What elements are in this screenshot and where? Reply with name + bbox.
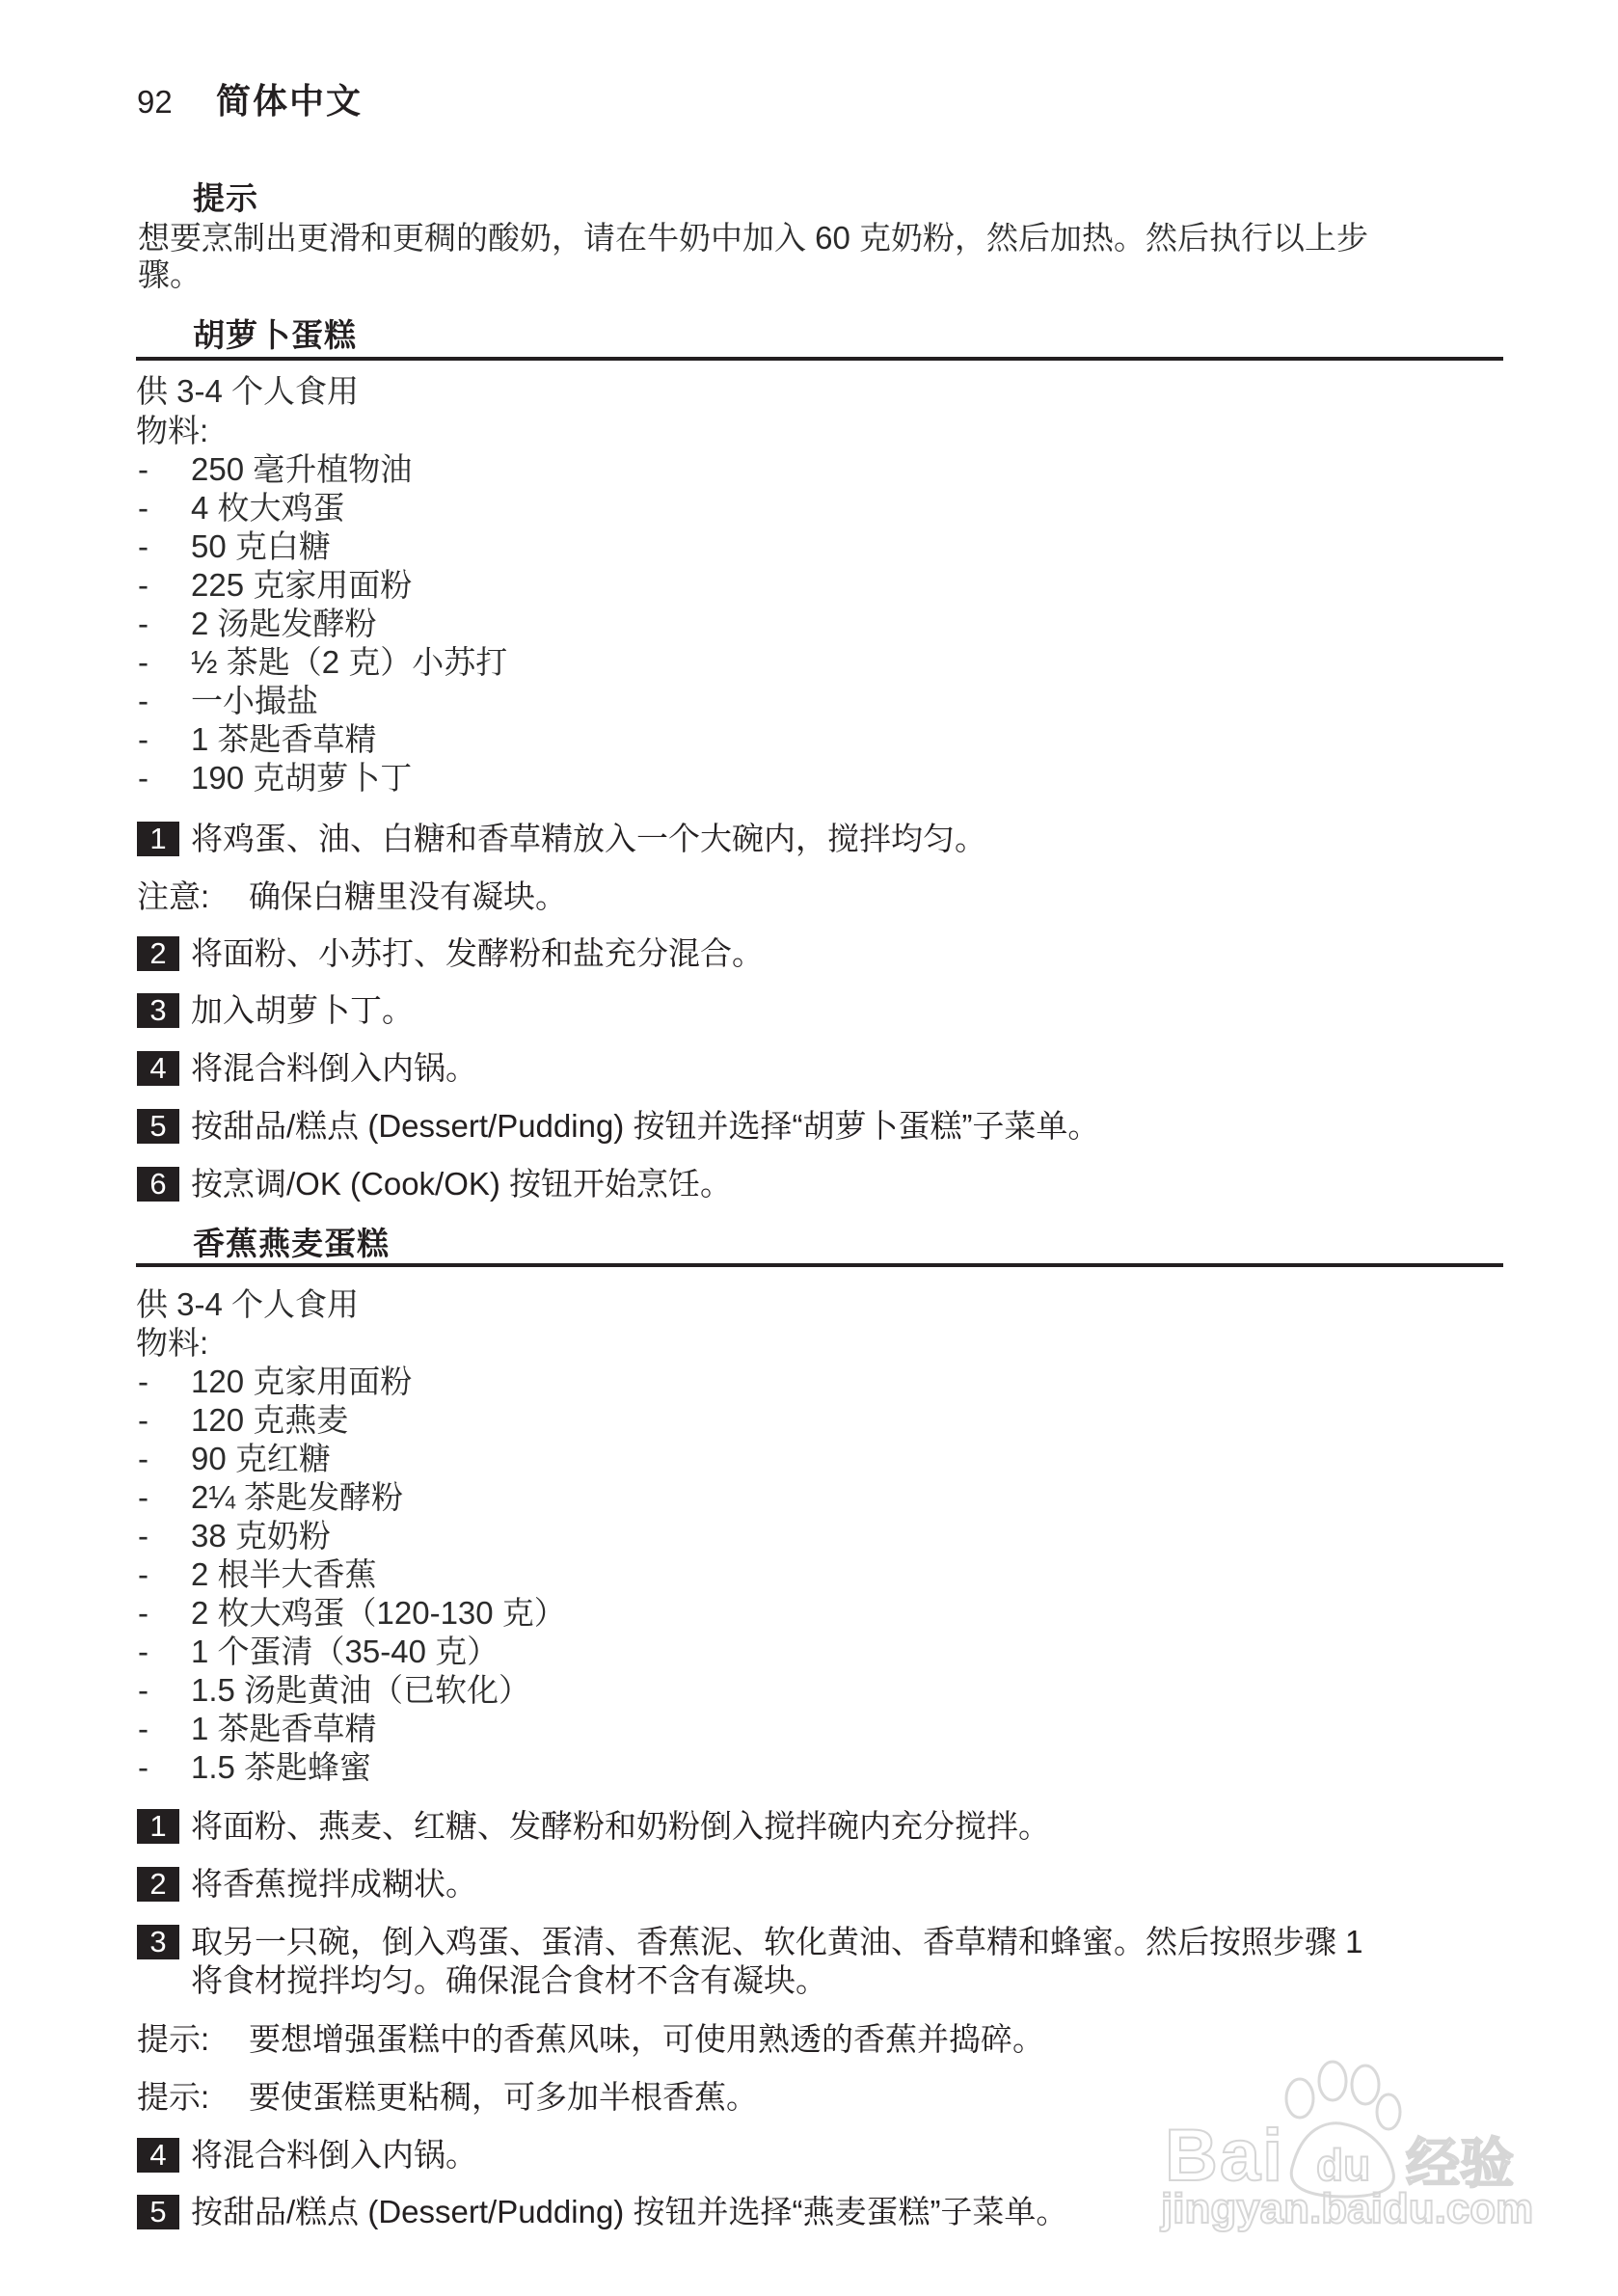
note-label: 注意: xyxy=(137,879,249,914)
watermark-url: jingyan.baidu.com xyxy=(1161,2185,1533,2233)
step-text: 将混合料倒入内锅。 xyxy=(191,2138,477,2173)
tip-heading: 提示 xyxy=(193,181,258,216)
step-text: 按甜品/糕点 (Dessert/Pudding) 按钮并选择“燕麦蛋糕”子菜单。 xyxy=(191,2195,1067,2229)
recipe-title-banana-oat-cake: 香蕉燕麦蛋糕 xyxy=(193,1227,390,1261)
tip-paragraph-line-1: 想要烹制出更滑和更稠的酸奶，请在牛奶中加入 60 克奶粉，然后加热。然后执行以上… xyxy=(138,220,1368,257)
step-number-badge: 5 xyxy=(137,1109,179,1144)
list-dash: - xyxy=(138,1440,148,1478)
list-dash: - xyxy=(138,1748,148,1787)
recipe-servings: 供 3-4 个人食用 xyxy=(136,372,359,411)
step-text: 按烹调/OK (Cook/OK) 按钮开始烹饪。 xyxy=(191,1167,732,1202)
step-text: 将香蕉搅拌成糊状。 xyxy=(191,1867,477,1902)
list-dash: - xyxy=(138,605,148,643)
list-dash: - xyxy=(138,720,148,759)
step-number-badge: 3 xyxy=(137,1925,179,1959)
ingredient-text: 38 克奶粉 xyxy=(191,1517,331,1555)
watermark-brand-paw: du xyxy=(1316,2139,1370,2191)
list-dash: - xyxy=(138,1401,148,1440)
ingredient-text: 1 个蛋清（35-40 克） xyxy=(191,1633,499,1671)
step-number-badge: 1 xyxy=(137,1809,179,1844)
ingredient-text: 1 茶匙香草精 xyxy=(191,1710,377,1748)
section-divider xyxy=(136,1263,1503,1267)
step-number-badge: 1 xyxy=(137,822,179,856)
step-number-badge: 2 xyxy=(137,1867,179,1902)
ingredient-text: 250 毫升植物油 xyxy=(191,450,412,489)
list-dash: - xyxy=(138,1671,148,1710)
ingredient-text: 90 克红糖 xyxy=(191,1440,331,1478)
note-label: 提示: xyxy=(137,2080,249,2115)
step-text: 加入胡萝卜丁。 xyxy=(191,993,414,1028)
note-label: 提示: xyxy=(137,2022,249,2057)
note-tip: 提示:要想增强蛋糕中的香蕉风味，可使用熟透的香蕉并捣碎。 xyxy=(137,2022,1044,2057)
ingredient-text: 1.5 茶匙蜂蜜 xyxy=(191,1748,371,1787)
list-dash: - xyxy=(138,527,148,566)
list-dash: - xyxy=(138,1517,148,1555)
step-number-badge: 3 xyxy=(137,993,179,1028)
note-text: 确保白糖里没有凝块。 xyxy=(249,878,567,914)
section-divider xyxy=(136,357,1503,361)
note-text: 要想增强蛋糕中的香蕉风味，可使用熟透的香蕉并捣碎。 xyxy=(249,2021,1044,2057)
ingredient-text: 190 克胡萝卜丁 xyxy=(191,759,412,797)
list-dash: - xyxy=(138,1363,148,1401)
note-text: 要使蛋糕更粘稠，可多加半根香蕉。 xyxy=(249,2079,758,2115)
tip-paragraph-line-2: 骤。 xyxy=(138,257,202,293)
ingredient-text: 一小撮盐 xyxy=(191,682,318,720)
list-dash: - xyxy=(138,759,148,797)
baidu-jingyan-watermark: Bai du 经验 jingyan.baidu.com xyxy=(1157,2052,1524,2235)
step-number-badge: 6 xyxy=(137,1167,179,1202)
ingredient-text: 120 克家用面粉 xyxy=(191,1363,412,1401)
step-number-badge: 5 xyxy=(137,2195,179,2229)
note-tip: 提示:要使蛋糕更粘稠，可多加半根香蕉。 xyxy=(137,2080,758,2115)
note-caution: 注意:确保白糖里没有凝块。 xyxy=(137,879,567,914)
step-text: 按甜品/糕点 (Dessert/Pudding) 按钮并选择“胡萝卜蛋糕”子菜单… xyxy=(191,1109,1099,1144)
ingredients-label: 物料: xyxy=(136,1324,208,1363)
step-number-badge: 2 xyxy=(137,936,179,971)
list-dash: - xyxy=(138,1594,148,1633)
list-dash: - xyxy=(138,450,148,489)
step-number-badge: 4 xyxy=(137,1051,179,1086)
list-dash: - xyxy=(138,566,148,605)
ingredient-text: 50 克白糖 xyxy=(191,527,331,566)
list-dash: - xyxy=(138,489,148,527)
step-text: 将混合料倒入内锅。 xyxy=(191,1051,477,1086)
step-text: 将面粉、燕麦、红糖、发酵粉和奶粉倒入搅拌碗内充分搅拌。 xyxy=(191,1809,1050,1844)
recipe-title-carrot-cake: 胡萝卜蛋糕 xyxy=(193,318,357,353)
ingredient-text: 1.5 汤匙黄油（已软化） xyxy=(191,1671,530,1710)
list-dash: - xyxy=(138,1478,148,1517)
ingredient-text: ½ 茶匙（2 克）小苏打 xyxy=(191,643,507,682)
list-dash: - xyxy=(138,1555,148,1594)
ingredient-text: 2 汤匙发酵粉 xyxy=(191,605,377,643)
ingredient-text: 1 茶匙香草精 xyxy=(191,720,377,759)
step-text-continued: 将食材搅拌均匀。确保混合食材不含有凝块。 xyxy=(191,1963,827,1998)
list-dash: - xyxy=(138,682,148,720)
step-text: 将鸡蛋、油、白糖和香草精放入一个大碗内，搅拌均匀。 xyxy=(191,822,986,856)
list-dash: - xyxy=(138,1633,148,1671)
ingredient-text: 2¼ 茶匙发酵粉 xyxy=(191,1478,403,1517)
list-dash: - xyxy=(138,643,148,682)
ingredient-text: 2 根半大香蕉 xyxy=(191,1555,377,1594)
ingredient-text: 120 克燕麦 xyxy=(191,1401,348,1440)
list-dash: - xyxy=(138,1710,148,1748)
ingredient-text: 4 枚大鸡蛋 xyxy=(191,489,345,527)
ingredient-text: 225 克家用面粉 xyxy=(191,566,412,605)
ingredients-label: 物料: xyxy=(136,412,208,450)
page-number: 92 xyxy=(137,85,173,120)
step-text: 将面粉、小苏打、发酵粉和盐充分混合。 xyxy=(191,936,764,971)
page-language-title: 简体中文 xyxy=(216,83,363,120)
step-text: 取另一只碗，倒入鸡蛋、蛋清、香蕉泥、软化黄油、香草精和蜂蜜。然后按照步骤 1 xyxy=(191,1925,1363,1959)
ingredient-text: 2 枚大鸡蛋（120-130 克） xyxy=(191,1594,566,1633)
step-number-badge: 4 xyxy=(137,2138,179,2173)
recipe-servings: 供 3-4 个人食用 xyxy=(136,1285,359,1324)
